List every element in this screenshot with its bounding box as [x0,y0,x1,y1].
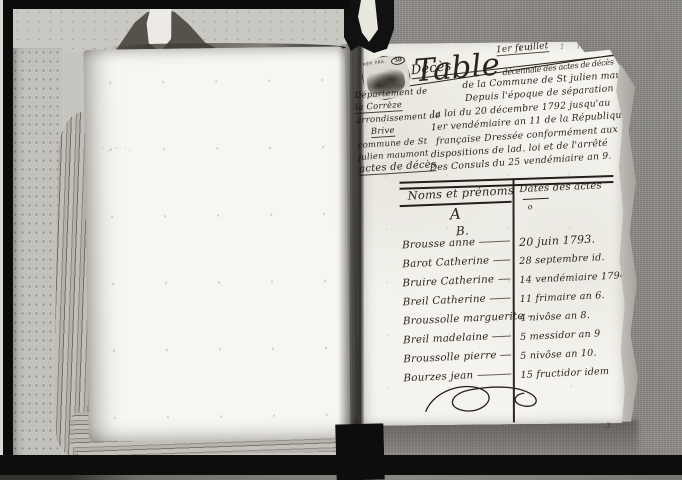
stamp-value: 50 [391,56,406,66]
table-row-name: Broussolle marguerite [403,310,511,327]
frame-edge-sliver [0,0,3,458]
stray-archival-mark: 3 [606,422,611,430]
heading-paragraph: de la Commune de St julien maumont Depui… [422,69,624,176]
spine-top-tab [358,0,378,42]
table-row-name: Barot Catherine [402,253,510,270]
table-row-date: 5 nivôse an 10. [520,346,620,362]
table-row-date: 14 vendémiaire 1794 [519,270,619,286]
gutter-shadow [338,44,364,456]
right-manuscript-page: RÉP. FRA. 50 Décès 1er feuillet 10 . 1 H… [354,41,626,426]
frame-bar-left [2,0,13,463]
section-letter-a: A [449,205,461,224]
stamp-header-text: RÉP. FRA. [363,58,393,67]
column-header-names: Noms et prénoms [407,183,514,203]
table-row-date: 5 messidor an 9 [520,327,620,343]
frame-bar-top [6,0,350,9]
table-row-date: 4 nivôse an 8. [520,308,620,324]
column-header-dates: Dates des actes [519,179,624,206]
table-row-name: Breil Catherine [402,291,510,308]
signature-flourish [416,378,556,425]
date-column-mark: o [528,202,533,211]
microfilm-photo: · ,· ·· ̒ · . RÉP. FRA. 50 Décès 1er feu… [0,0,682,480]
book-left-block [12,8,350,456]
table-row-date: 28 septembre id. [519,251,619,267]
table-row-name: Brousse anne [402,234,510,251]
table-row-date: 20 juin 1793. [519,231,619,249]
table-row-name: Broussolle pierre [403,348,511,365]
table-row-date: 11 frimaire an 6. [519,289,619,305]
spine-bottom-block [335,423,384,480]
spine-top-block [344,0,394,53]
left-blank-page [83,46,350,442]
table-row-name: Bruire Catherine [402,272,510,289]
table-row-name: Breil madelaine [403,329,511,346]
